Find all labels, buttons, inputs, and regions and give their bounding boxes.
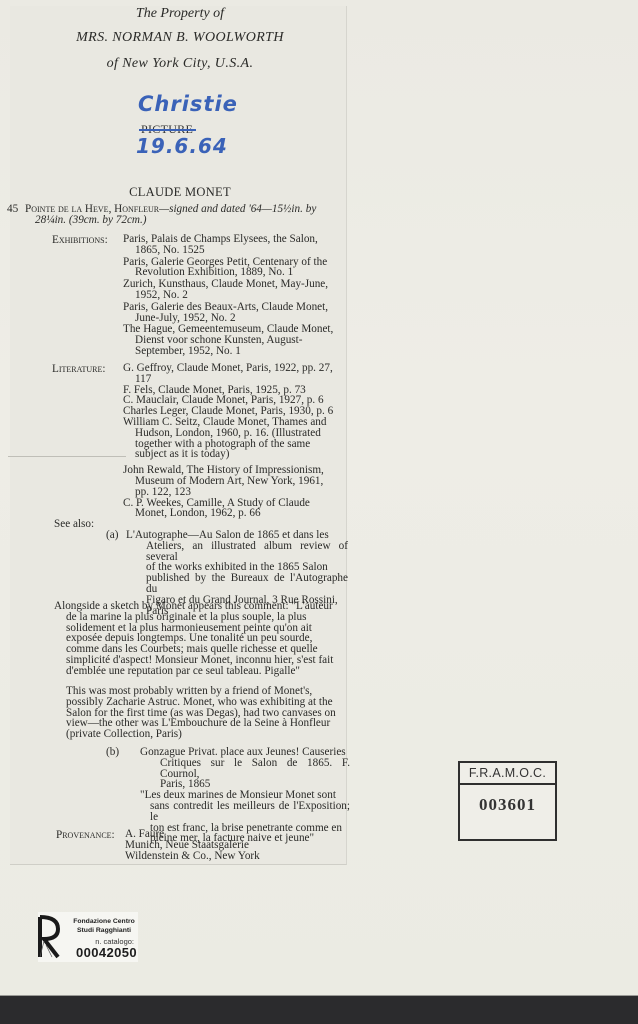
lot-heading: 45 Pointe de la Heve, Honfleur—signed an… xyxy=(7,204,347,226)
provenance-label: Provenance: xyxy=(56,829,115,841)
framoc-stamp: F.R.A.M.O.C. 003601 xyxy=(458,761,557,841)
comment-line: de la marine la plus originale et la plu… xyxy=(54,612,350,623)
exh-entry: Paris, Palais de Champs Elysees, the Sal… xyxy=(123,234,347,256)
lit-entry: G. Geffroy, Claude Monet, Paris, 1922, p… xyxy=(123,363,347,385)
owner-name: MRS. NORMAN B. WOOLWORTH xyxy=(0,30,360,46)
ragghianti-logo-icon xyxy=(38,915,60,959)
sketch-comment: Alongside a sketch by Monet appears this… xyxy=(54,601,350,677)
literature-label: Literature: xyxy=(52,363,106,375)
artist-name: CLAUDE MONET xyxy=(0,185,360,200)
clipping-seam xyxy=(8,456,126,457)
exhibitions-label: Exhibitions: xyxy=(52,234,108,246)
exh-entry: Paris, Galerie des Beaux-Arts, Claude Mo… xyxy=(123,302,347,324)
stamp-header: F.R.A.M.O.C. xyxy=(460,763,555,785)
quote-line: sans contredit les meilleurs de l'Exposi… xyxy=(140,801,350,823)
marker-b: (b) xyxy=(106,747,119,758)
note-line: (private Collection, Paris) xyxy=(66,729,350,740)
attribution-note: This was most probably written by a frie… xyxy=(66,686,350,740)
lit-entry: C. P. Weekes, Camille, A Study of Claude… xyxy=(123,498,347,520)
lot-number: 45 xyxy=(7,204,18,215)
lot-description: —signed and dated '64—15½in. by xyxy=(159,203,316,215)
lot-dimensions: 28¼in. (39cm. by 72cm.) xyxy=(25,215,347,226)
subb-line: Critiques sur le Salon de 1865. F. Courn… xyxy=(140,758,350,780)
marker-a: (a) xyxy=(106,530,118,541)
comment-line: d'emblée une reputation par ce seul tabl… xyxy=(54,666,350,677)
handwritten-auction-house: Christie xyxy=(138,92,238,116)
catalog-number: 00042050 xyxy=(76,945,137,960)
owner-location: of New York City, U.S.A. xyxy=(0,56,360,72)
exh-entry: The Hague, Gemeentemuseum, Claude Monet,… xyxy=(123,324,347,356)
catalog-label: Fondazione Centro Studi Ragghianti n. ca… xyxy=(38,912,138,962)
stamp-number: 003601 xyxy=(460,795,555,815)
property-of-line: The Property of xyxy=(0,6,360,22)
lit-entry: John Rewald, The History of Impressionis… xyxy=(123,465,347,497)
lit-entry: William C. Seitz, Claude Monet, Thames a… xyxy=(123,417,347,460)
org-name-line1: Fondazione Centro xyxy=(72,918,136,925)
org-name-line2: Studi Ragghianti xyxy=(72,927,136,934)
see-also-label: See also: xyxy=(54,518,94,530)
scanner-bottom-band xyxy=(0,995,638,1024)
suba-line: Ateliers, an illustrated album review of… xyxy=(126,541,348,563)
handwritten-sale-date: 19.6.64 xyxy=(136,134,228,158)
suba-line: published by the Bureaux de l'Autographe… xyxy=(126,573,348,595)
note-line: possibly Zacharie Astruc. Monet, who was… xyxy=(66,697,350,708)
exh-entry: Zurich, Kunsthaus, Claude Monet, May-Jun… xyxy=(123,279,347,301)
provenance-entry: Wildenstein & Co., New York xyxy=(125,851,349,862)
exh-entry: Paris, Galerie Georges Petit, Centenary … xyxy=(123,257,347,279)
